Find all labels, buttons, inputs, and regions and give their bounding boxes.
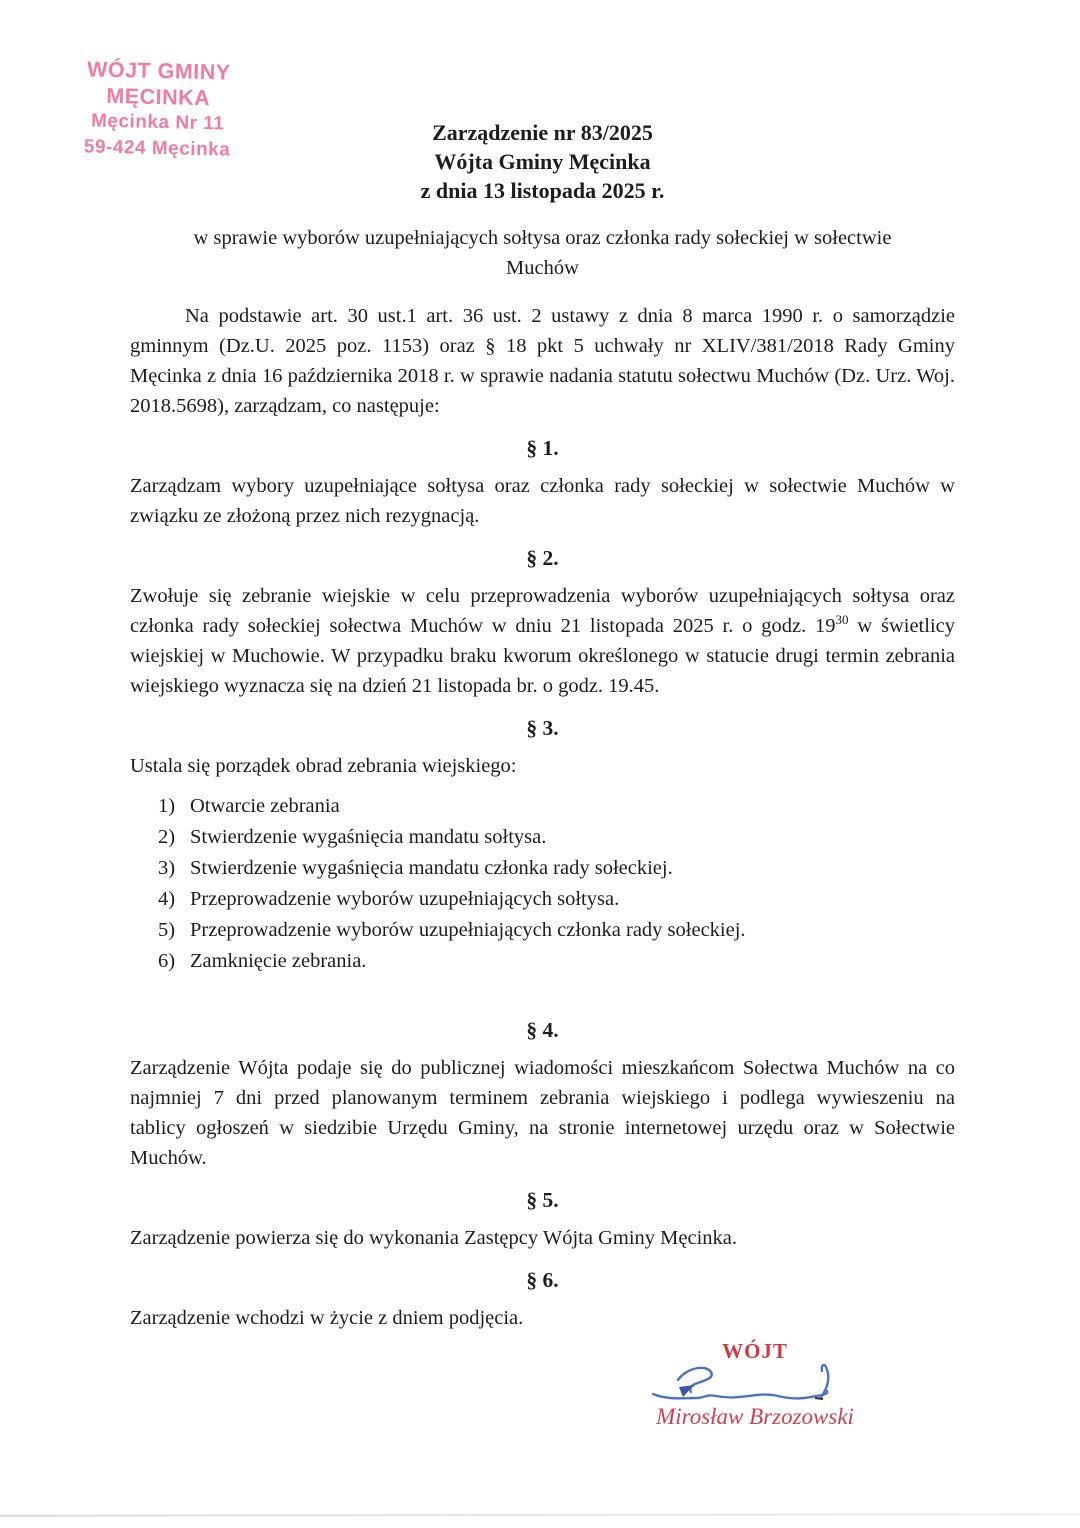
agenda-item-2: 2) Stwierdzenie wygaśnięcia mandatu sołt… bbox=[158, 822, 955, 853]
section-3-intro: Ustala się porządek obrad zebrania wiejs… bbox=[130, 751, 955, 781]
legal-preamble: Na podstawie art. 30 ust.1 art. 36 ust. … bbox=[130, 301, 955, 421]
section-5-heading: § 5. bbox=[130, 1187, 955, 1213]
stamp-authority: WÓJT GMINY MĘCINKA bbox=[38, 55, 279, 112]
agenda-item-2-number: 2) bbox=[158, 822, 190, 853]
subject-line-1: w sprawie wyborów uzupełniających sołtys… bbox=[130, 223, 955, 253]
agenda-item-1-text: Otwarcie zebrania bbox=[190, 791, 955, 822]
office-stamp: WÓJT GMINY MĘCINKA Męcinka Nr 11 59-424 … bbox=[37, 55, 279, 164]
agenda-item-5-text: Przeprowadzenie wyborów uzupełniających … bbox=[190, 915, 955, 946]
agenda-item-2-text: Stwierdzenie wygaśnięcia mandatu sołtysa… bbox=[190, 822, 955, 853]
agenda-item-6-number: 6) bbox=[158, 946, 190, 977]
document-page: WÓJT GMINY MĘCINKA Męcinka Nr 11 59-424 … bbox=[0, 0, 1080, 1528]
agenda-item-4-text: Przeprowadzenie wyborów uzupełniających … bbox=[190, 884, 955, 915]
agenda-item-1: 1) Otwarcie zebrania bbox=[158, 791, 955, 822]
section-3-heading: § 3. bbox=[130, 715, 955, 741]
agenda-item-5: 5) Przeprowadzenie wyborów uzupełniający… bbox=[158, 915, 955, 946]
title-date: z dnia 13 listopada 2025 r. bbox=[130, 176, 955, 205]
section-6-heading: § 6. bbox=[130, 1267, 955, 1293]
section-2-body-start: Zwołuje się zebranie wiejskie w celu prz… bbox=[130, 585, 955, 637]
section-5-body: Zarządzenie powierza się do wykonania Za… bbox=[130, 1223, 955, 1253]
stamp-address-line2: 59-424 Męcinka bbox=[37, 133, 278, 164]
agenda-item-6-text: Zamknięcie zebrania. bbox=[190, 946, 955, 977]
agenda-list: 1) Otwarcie zebrania 2) Stwierdzenie wyg… bbox=[130, 791, 955, 977]
agenda-item-6: 6) Zamknięcie zebrania. bbox=[158, 946, 955, 977]
agenda-item-3-number: 3) bbox=[158, 853, 190, 884]
section-4-heading: § 4. bbox=[130, 1017, 955, 1043]
section-4-body: Zarządzenie Wójta podaje się do publiczn… bbox=[130, 1053, 955, 1173]
agenda-item-3: 3) Stwierdzenie wygaśnięcia mandatu czło… bbox=[158, 853, 955, 884]
document-subject: w sprawie wyborów uzupełniających sołtys… bbox=[130, 223, 955, 283]
subject-line-2: Muchów bbox=[130, 253, 955, 283]
agenda-item-4-number: 4) bbox=[158, 884, 190, 915]
agenda-item-3-text: Stwierdzenie wygaśnięcia mandatu członka… bbox=[190, 853, 955, 884]
section-1-body: Zarządzam wybory uzupełniające sołtysa o… bbox=[130, 471, 955, 531]
section-2-heading: § 2. bbox=[130, 545, 955, 571]
agenda-item-1-number: 1) bbox=[158, 791, 190, 822]
section-6-body: Zarządzenie wchodzi w życie z dniem podj… bbox=[130, 1303, 955, 1333]
section-2-body: Zwołuje się zebranie wiejskie w celu prz… bbox=[130, 581, 955, 701]
section-1-heading: § 1. bbox=[130, 435, 955, 461]
signer-name: Mirosław Brzozowski bbox=[640, 1404, 870, 1430]
section-2-time-superscript: 30 bbox=[836, 612, 849, 627]
signature-block: WÓJT Mirosław Brzozowski bbox=[640, 1339, 870, 1430]
agenda-item-5-number: 5) bbox=[158, 915, 190, 946]
agenda-item-4: 4) Przeprowadzenie wyborów uzupełniający… bbox=[158, 884, 955, 915]
